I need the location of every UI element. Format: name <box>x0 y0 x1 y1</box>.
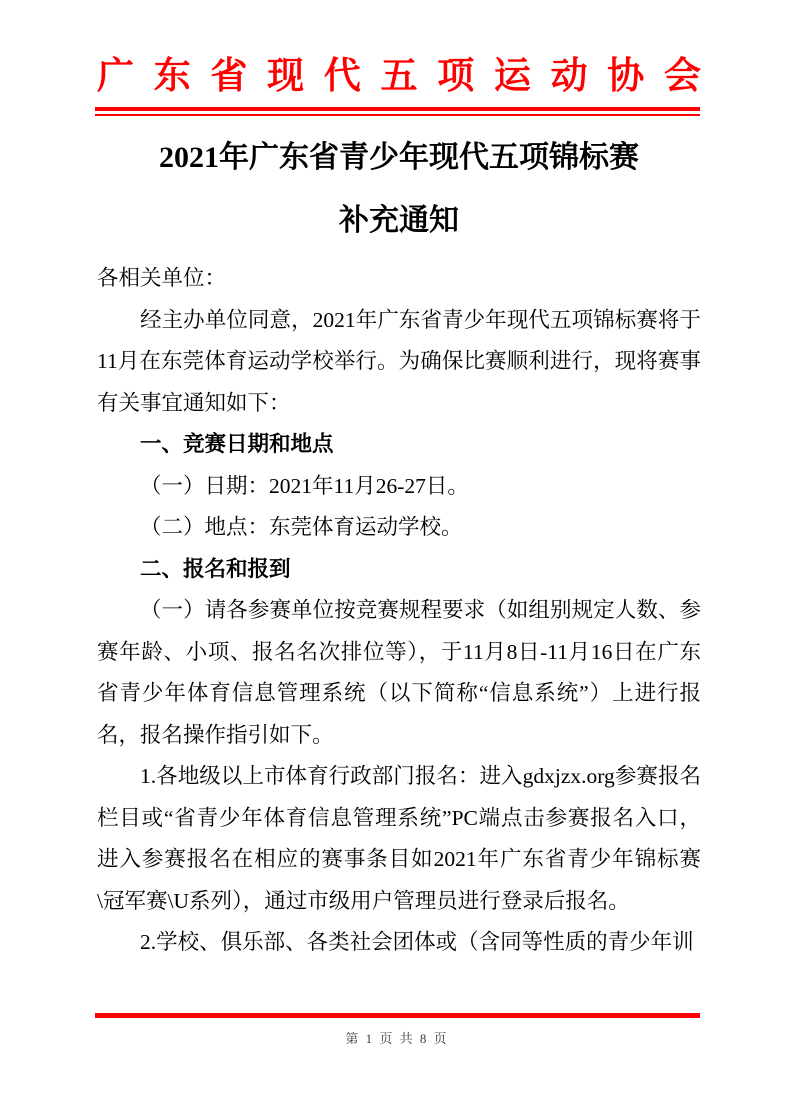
footer-rule <box>95 1013 700 1018</box>
page-number: 第 1 页 共 8 页 <box>0 1030 794 1048</box>
letterhead-double-rule <box>95 107 700 116</box>
body-paragraph: 1.各地级以上市体育行政部门报名：进入gdxjzx.org参赛报名栏目或“省青少… <box>97 756 701 922</box>
body-paragraph: （一）请各参赛单位按竞赛规程要求（如组别规定人数、参赛年龄、小项、报名名次排位等… <box>97 590 701 756</box>
doc-title-line2: 补充通知 <box>97 204 701 239</box>
body-paragraph: 经主办单位同意，2021年广东省青少年现代五项锦标赛将于11月在东莞体育运动学校… <box>97 300 701 425</box>
body-paragraph: （一）日期：2021年11月26-27日。 <box>97 466 701 508</box>
section-heading: 二、报名和报到 <box>97 549 701 591</box>
doc-title-line1: 2021年广东省青少年现代五项锦标赛 <box>97 141 701 176</box>
org-letterhead-title: 广 东 省 现 代 五 项 运 动 协 会 <box>97 58 701 95</box>
document-page: 广 东 省 现 代 五 项 运 动 协 会 2021年广东省青少年现代五项锦标赛… <box>0 0 794 1108</box>
body-paragraph: 2.学校、俱乐部、各类社会团体或（含同等性质的青少年训 <box>97 922 701 964</box>
document-body: 各相关单位：经主办单位同意，2021年广东省青少年现代五项锦标赛将于11月在东莞… <box>97 258 701 964</box>
section-heading: 一、竞赛日期和地点 <box>97 424 701 466</box>
body-paragraph: （二）地点：东莞体育运动学校。 <box>97 507 701 549</box>
body-paragraph: 各相关单位： <box>97 258 701 300</box>
